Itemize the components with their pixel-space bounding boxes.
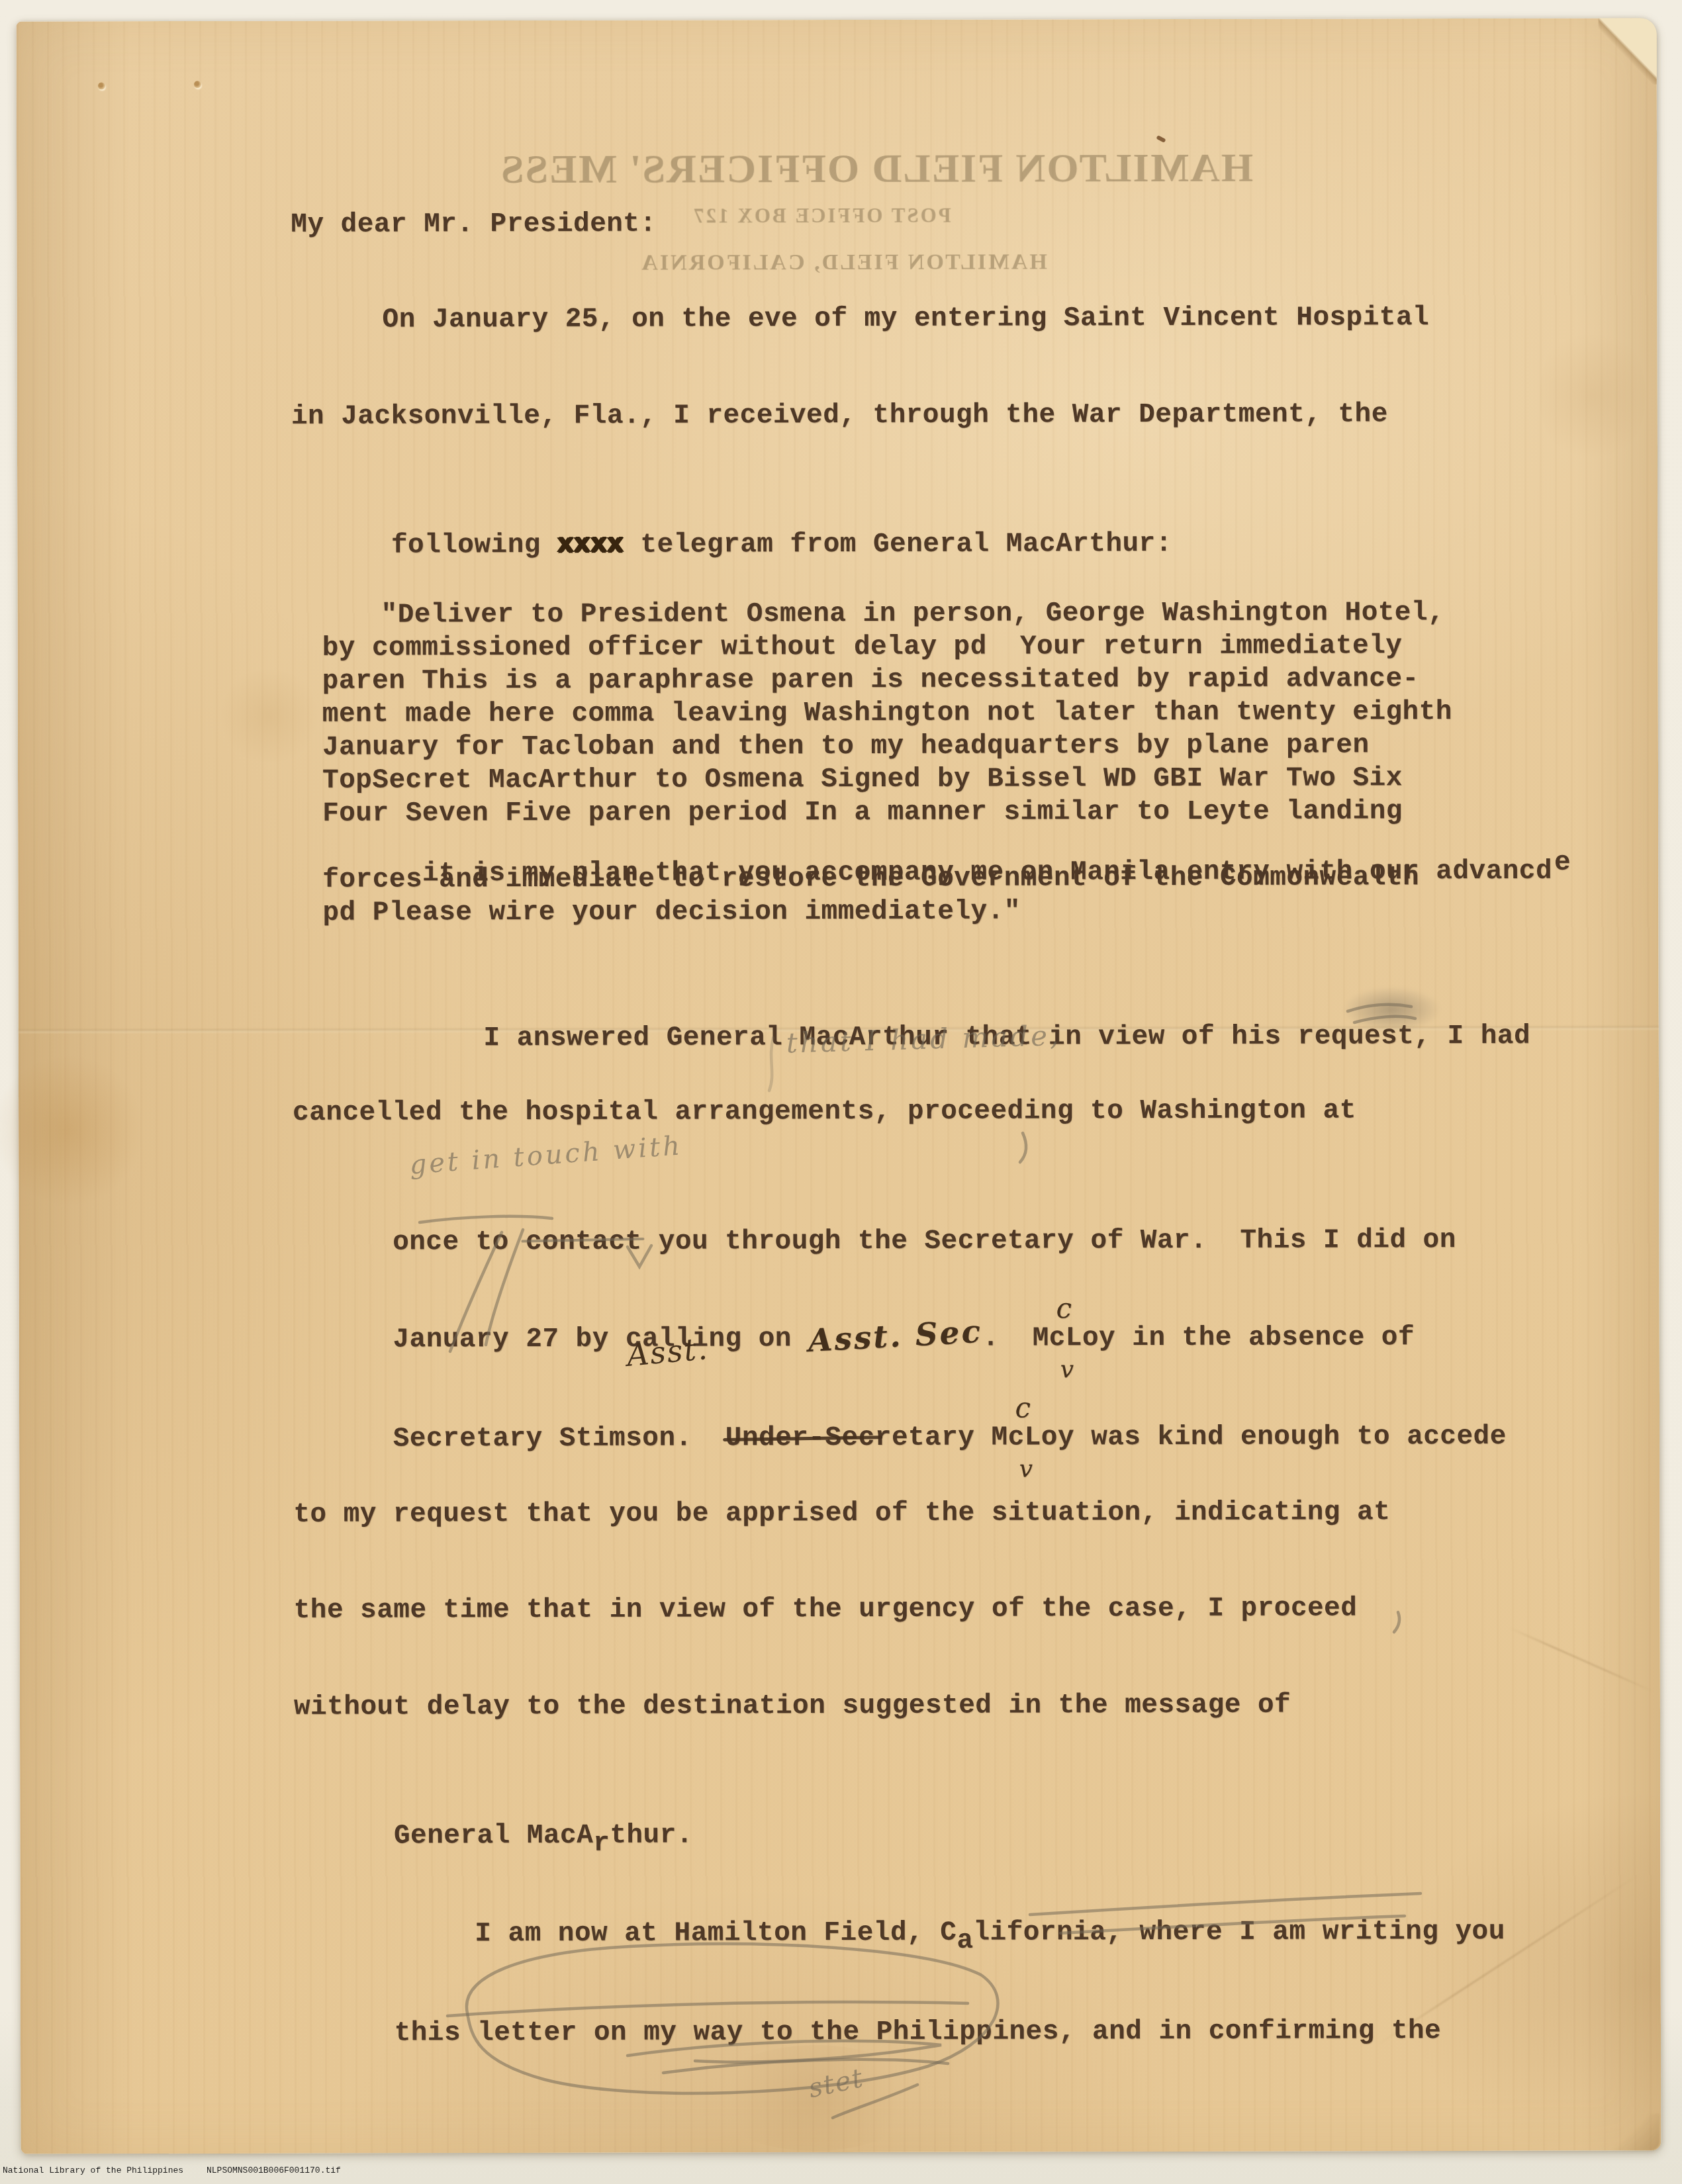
dropped-letter-r: r xyxy=(593,1829,610,1859)
letterhead-bleedthrough-line3: HAMILTON FIELD, CALIFORNIA xyxy=(639,250,1047,275)
paragraph4-line4-text: General MacA xyxy=(394,1821,593,1852)
mcloy-with-insertion: McLoycv xyxy=(991,1424,1074,1451)
paragraph3-line4-text: in the absence of xyxy=(1115,1322,1415,1353)
dog-ear-fold xyxy=(1599,18,1657,84)
paragraph4-line3: without delay to the destination suggest… xyxy=(294,1692,1291,1721)
handwritten-inserted-c: c xyxy=(1015,1394,1031,1422)
paragraph3-line2: cancelled the hospital arrangements, pro… xyxy=(293,1097,1356,1126)
paper-texture xyxy=(17,18,1661,2154)
paragraph1-line3-text: telegram from General MacArthur: xyxy=(624,529,1172,561)
telegram-line-9: forces and immediate to restore the Gove… xyxy=(322,864,1419,893)
paragraph3-line5-text: was kind enough to accede xyxy=(1074,1422,1507,1453)
letter-paper: HAMILTON FIELD OFFICERS' MESS POST OFFIC… xyxy=(17,18,1661,2154)
ink-struck-word-under: Under- xyxy=(725,1423,825,1453)
pencil-struck-word-had: had xyxy=(1481,1021,1530,1052)
scan-caption-library: National Library of the Philippines xyxy=(3,2165,183,2175)
pencil-circled-phrase: on my way to the Philippines, xyxy=(594,2017,1076,2048)
pencil-note-get-in-touch-with: get in touch with xyxy=(408,1130,683,1181)
telegram-line-7: Four Seven Five paren period In a manner… xyxy=(322,798,1403,827)
paragraph3-line5-text: McLoy xyxy=(991,1422,1074,1453)
paragraph3-line3-text: once to xyxy=(393,1227,526,1257)
paragraph4-line2: the same time that in view of the urgenc… xyxy=(294,1595,1358,1624)
telegram-line-10: pd Please wire your decision immediately… xyxy=(322,898,1020,927)
pencil-struck-word-contact: contact xyxy=(526,1227,642,1257)
paragraph3-line3: once to contact you through the Secretar… xyxy=(293,1200,1456,1284)
handwritten-caret: v xyxy=(1019,1457,1033,1481)
corner-wear xyxy=(1613,2113,1659,2150)
overtyped-deletion: xxxx xyxy=(557,530,624,561)
stain xyxy=(216,670,322,762)
paragraph3-line5: Secretary Stimson. Under-Secretary McLoy… xyxy=(293,1396,1507,1480)
telegram-line-5: January for Tacloban and then to my head… xyxy=(322,732,1370,761)
telegram-line-1: "Deliver to President Osmena in person, … xyxy=(381,600,1444,629)
paragraph3-line3-text: you through the Secretary of War. This I… xyxy=(642,1225,1456,1257)
pinhole xyxy=(98,82,105,89)
ink-speck xyxy=(1156,135,1166,143)
paragraph1-line2: in Jacksonville, Fla., I received, throu… xyxy=(291,401,1388,430)
pencil-struck-phrase: where I am writing you xyxy=(1139,1917,1505,1948)
handwritten-asst: Asst. xyxy=(626,1330,710,1373)
paragraph5-line1: I am now at Hamilton Field, California, … xyxy=(375,1891,1505,1976)
salutation-line: My dear Mr. President: xyxy=(291,211,656,239)
handwritten-caret: v xyxy=(1060,1358,1074,1382)
handwritten-asst-sec: Asst. Sec xyxy=(808,1316,983,1357)
dropped-letter-a: a xyxy=(957,1926,973,1956)
stain xyxy=(0,1054,144,1206)
mcloy-with-insertion: McLoycv xyxy=(1033,1325,1116,1352)
scan-caption-filename: NLPSOMNS001B006F001170.tif xyxy=(207,2165,341,2175)
handwritten-inserted-c: c xyxy=(1056,1295,1072,1322)
paragraph5-line1-text: lifornia, xyxy=(973,1917,1139,1948)
pinhole xyxy=(194,81,201,88)
paragraph4-line1: to my request that you be apprised of th… xyxy=(293,1499,1390,1528)
letterhead-bleedthrough-line1: HAMILTON FIELD OFFICERS' MESS xyxy=(500,145,1253,193)
paragraph3-line4: January 27 by calling on Asst. Sec. McLo… xyxy=(293,1291,1415,1381)
paragraph1-line3-text: following xyxy=(391,530,557,561)
paragraph3-line4-text: January 27 by calling on xyxy=(393,1324,808,1355)
paragraph5-line2-text: this letter xyxy=(395,2018,594,2049)
paragraph3-line4-text: McLoy xyxy=(1033,1323,1116,1353)
fold-crease-diagonal xyxy=(1509,1627,1655,1693)
paragraph4-line4-text: thur. xyxy=(610,1820,693,1850)
scanned-letter-page: HAMILTON FIELD OFFICERS' MESS POST OFFIC… xyxy=(0,0,1682,2184)
paragraph3-line4-text: . xyxy=(982,1323,1032,1353)
paragraph1-line1: On January 25, on the eve of my entering… xyxy=(383,304,1430,334)
paragraph1-line3: following xxxx telegram from General Mac… xyxy=(291,504,1172,587)
paragraph5-line1-text: I am now at Hamilton Field, C xyxy=(475,1918,957,1950)
paragraph4-line4: General MacArthur. xyxy=(294,1795,693,1877)
telegram-line-4: ment made here comma leaving Washington … xyxy=(322,699,1452,729)
paragraph5-line2: this letter on my way to the Philippines… xyxy=(295,1991,1441,2075)
paragraph5-line2-text: and in confirming the xyxy=(1076,2016,1441,2047)
telegram-line-6: TopSecret MacArthur to Osmena Signed by … xyxy=(322,765,1403,794)
overtyped-raised-e: e xyxy=(1554,848,1571,878)
telegram-line-2: by commissioned officer without delay pd… xyxy=(322,633,1403,662)
paragraph3-line5-text: Secretary Stimson. xyxy=(393,1423,725,1454)
telegram-line-3: paren This is a paraphrase paren is nece… xyxy=(322,666,1419,695)
letterhead-bleedthrough-line2: POST OFFICE BOX 127 xyxy=(692,204,951,228)
stain xyxy=(1540,322,1646,468)
